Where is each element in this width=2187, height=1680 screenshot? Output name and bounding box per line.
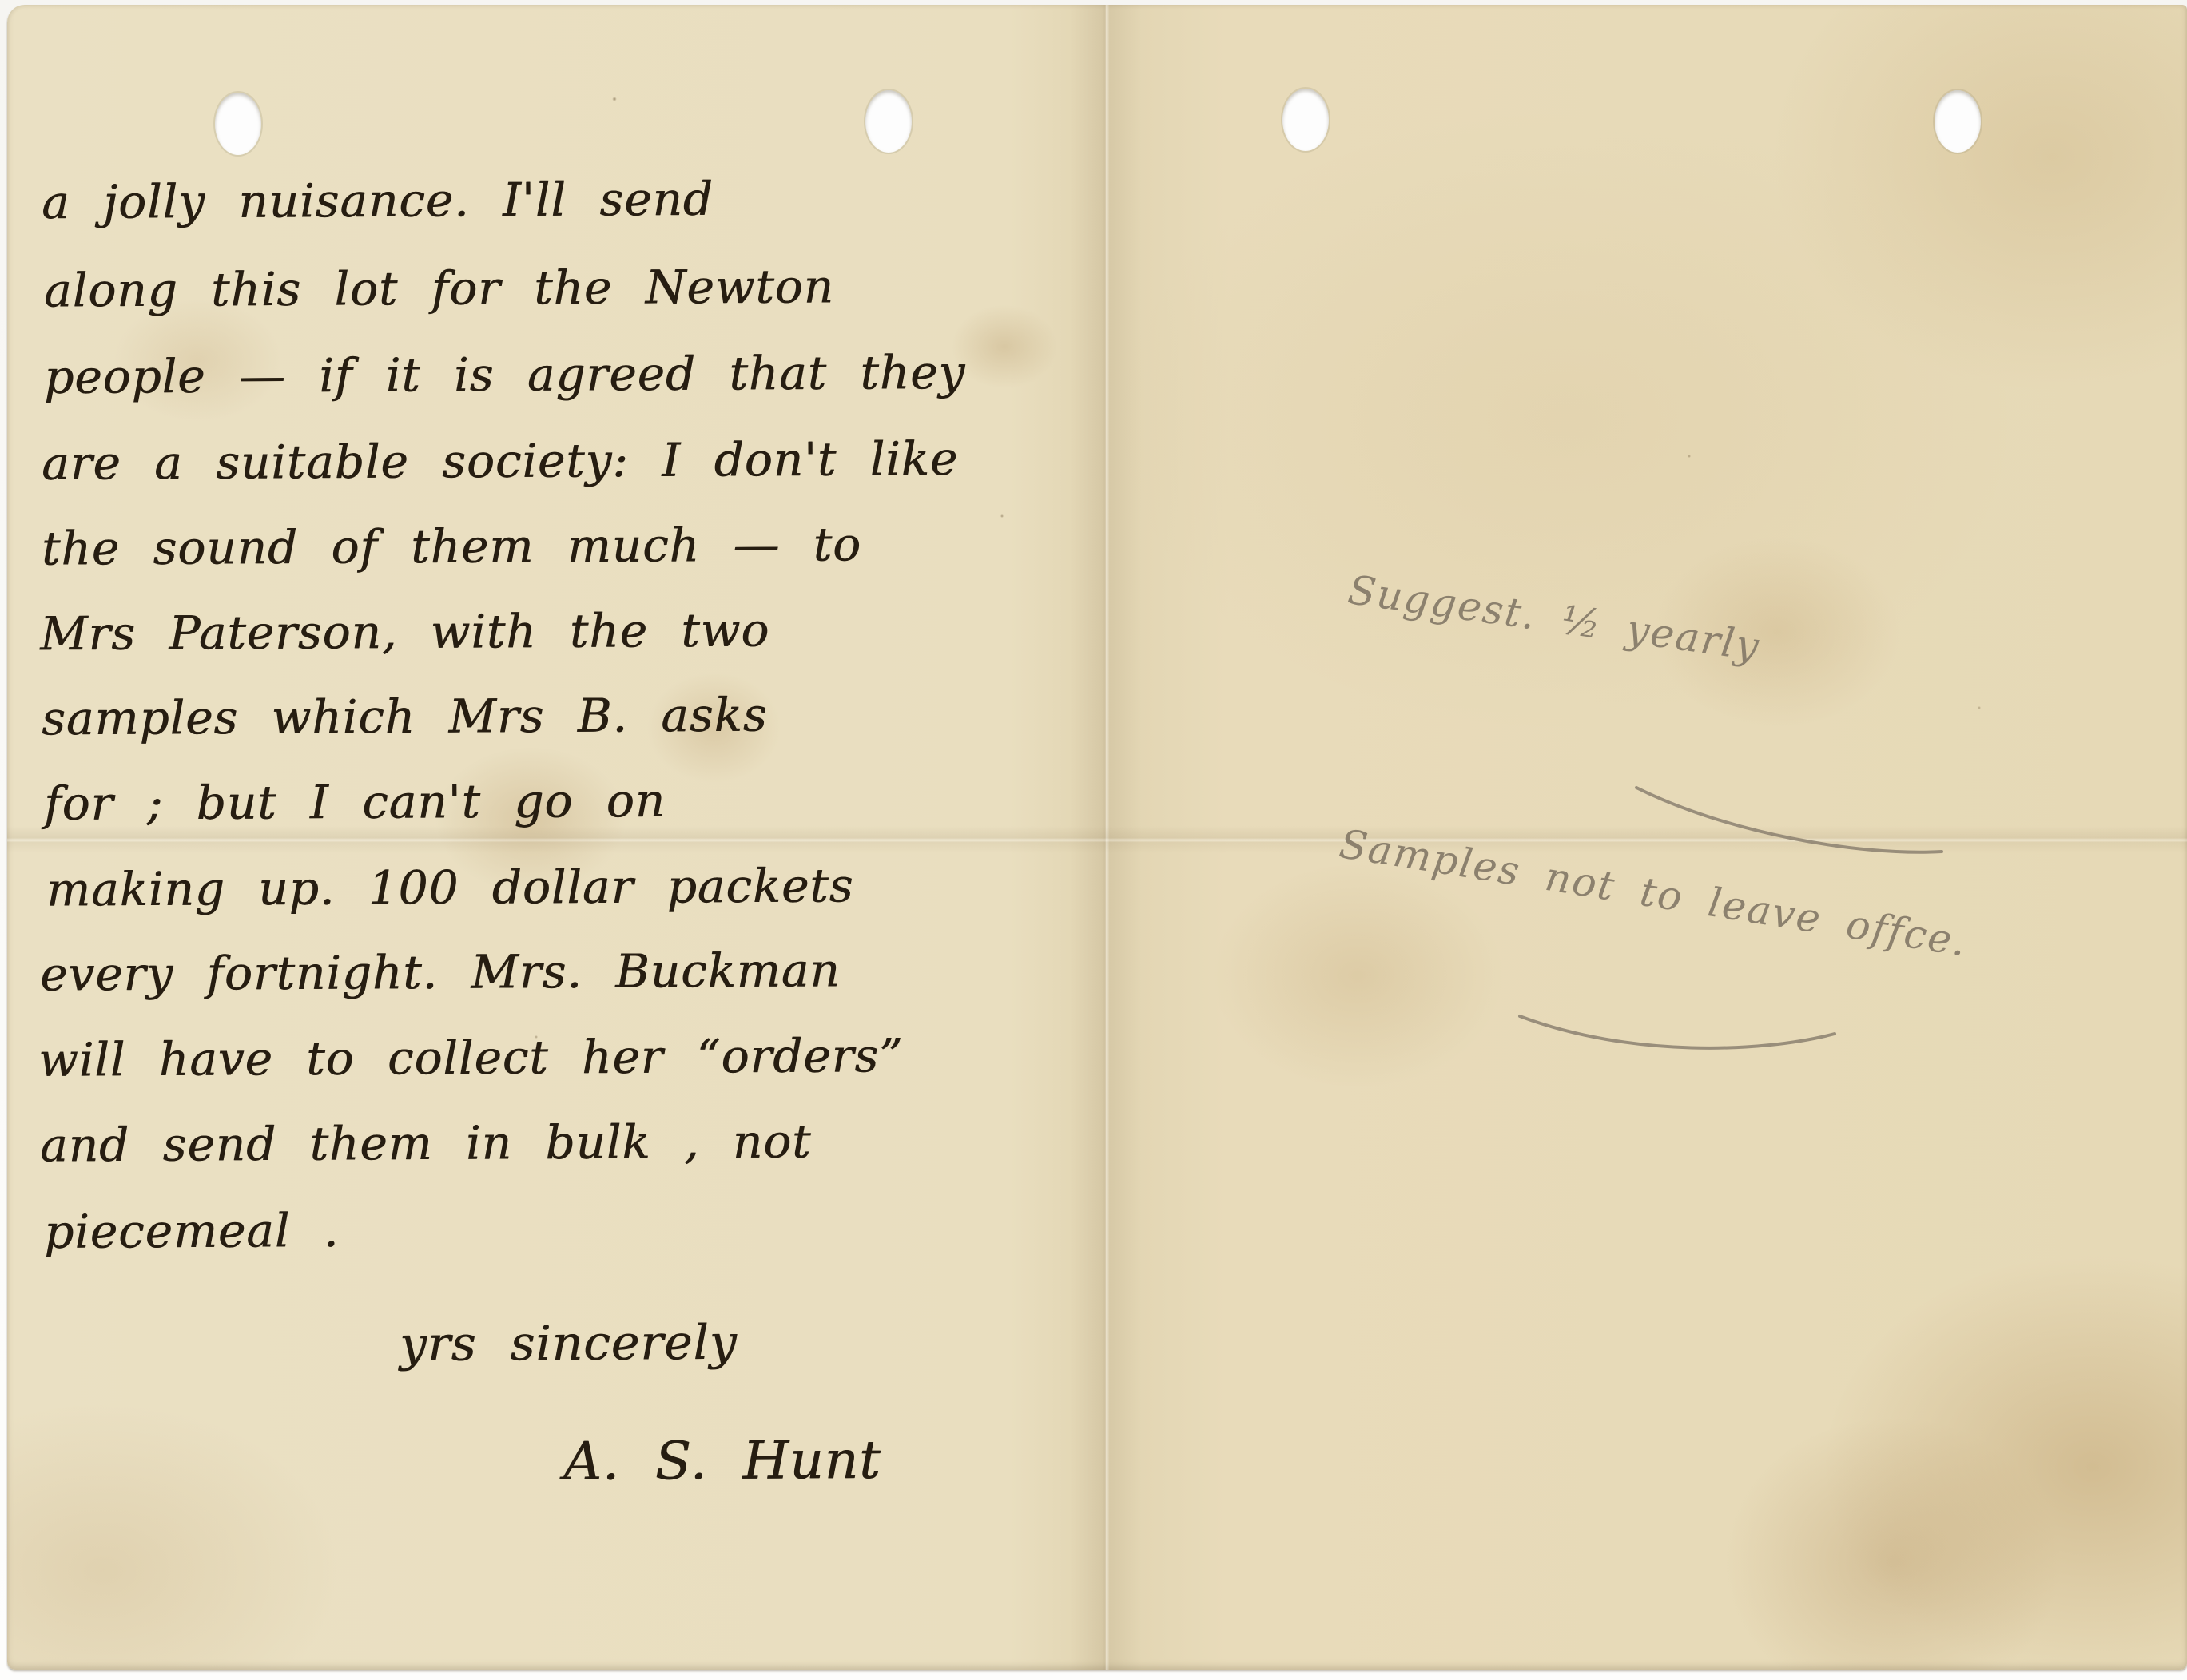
handwriting-line: are a suitable society: I don't like: [42, 435, 958, 487]
handwriting-line: a jolly nuisance. I'll send: [42, 176, 714, 225]
handwriting-line: piecemeal .: [44, 1207, 339, 1255]
handwriting-line: and send them in bulk , not: [40, 1118, 812, 1168]
signature: A. S. Hunt: [563, 1434, 881, 1488]
letter-paper: [7, 5, 2187, 1670]
handwriting-line: along this lot for the Newton: [44, 263, 834, 313]
handwriting-line: making up. 100 dollar packets: [46, 862, 854, 912]
punch-hole: [215, 93, 261, 155]
closing-line: yrs sincerely: [400, 1319, 738, 1368]
handwriting-line: will have to collect her “orders”: [38, 1032, 904, 1083]
handwriting-line: Mrs Paterson, with the two: [40, 607, 769, 657]
handwriting-line: every fortnight. Mrs. Buckman: [40, 947, 841, 997]
handwriting-line: people — if it is agreed that they: [44, 349, 965, 400]
handwriting-line: samples which Mrs B. asks: [42, 692, 768, 742]
punch-hole: [1935, 90, 1981, 153]
scan-canvas: a jolly nuisance. I'll send along this l…: [0, 0, 2187, 1680]
handwriting-line: the sound of them much — to: [42, 521, 861, 571]
horizontal-fold-crease: [7, 826, 2187, 853]
handwriting-line: for ; but I can't go on: [44, 777, 666, 827]
punch-hole: [1282, 89, 1329, 151]
punch-hole: [865, 90, 912, 153]
